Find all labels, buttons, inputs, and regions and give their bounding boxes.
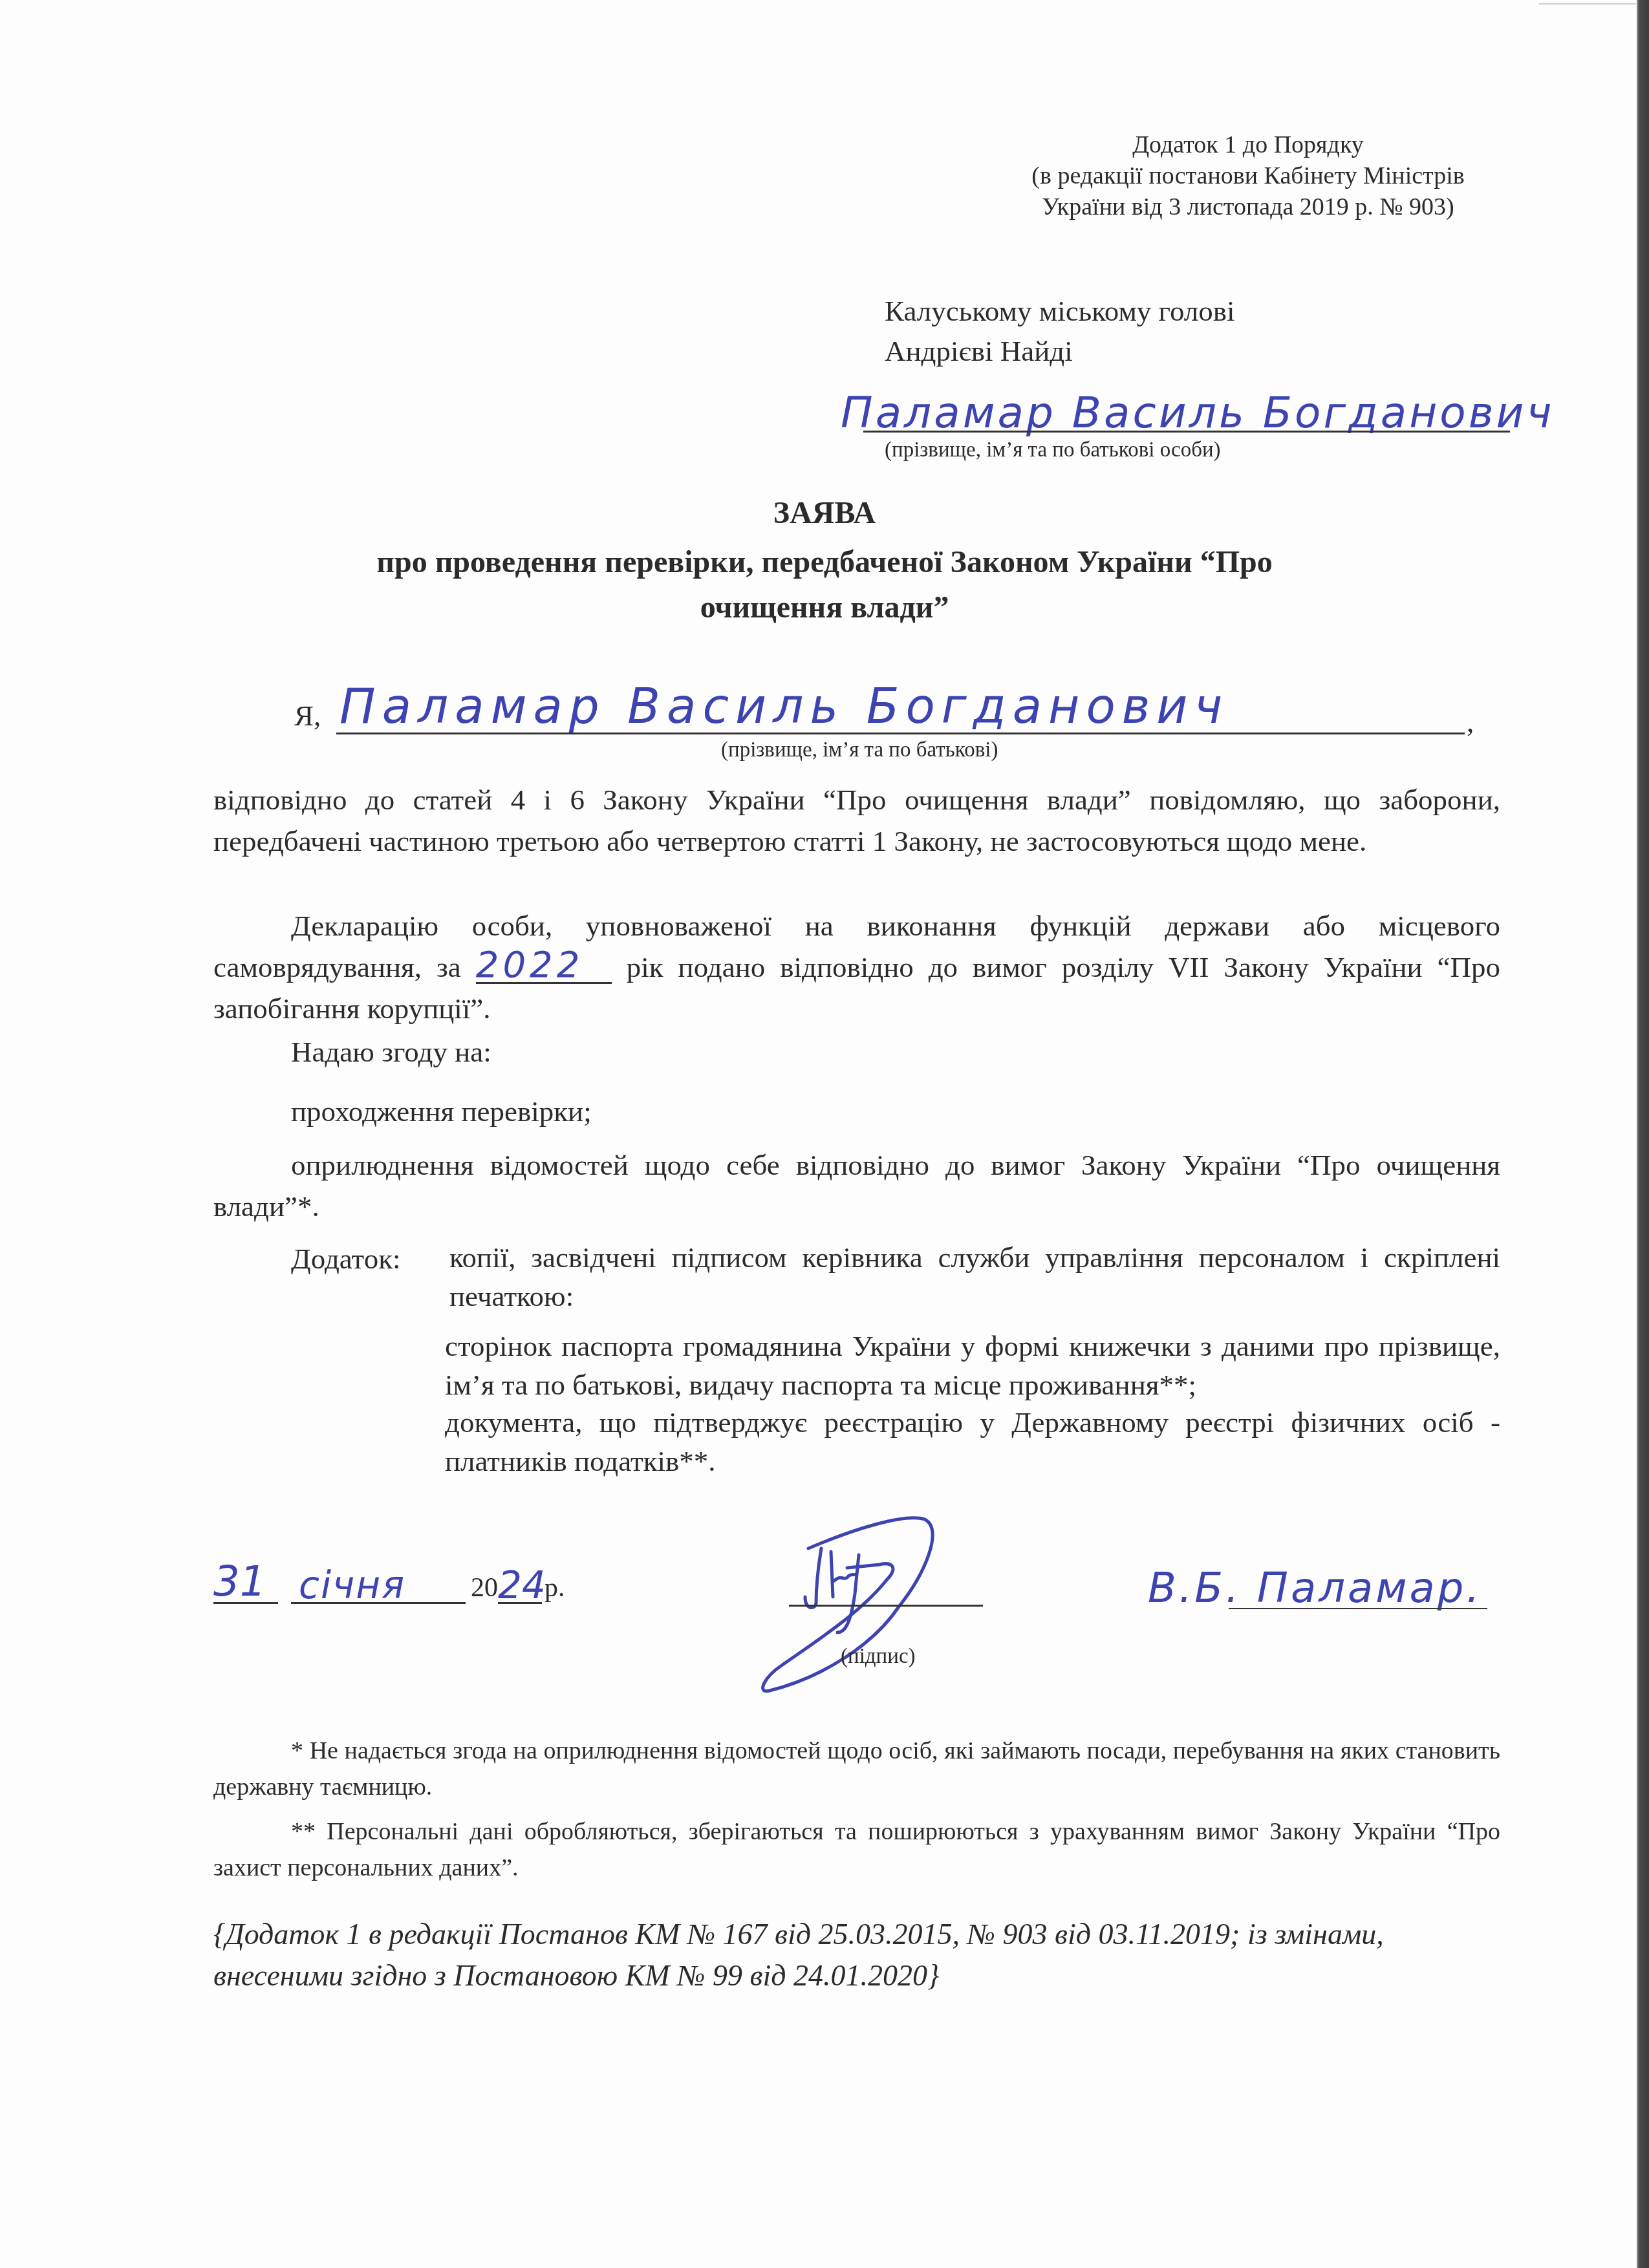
addressee-line-2: Андрієві Найді: [885, 331, 1235, 371]
signer-name-handwritten: В.Б. Паламар.: [1148, 1565, 1482, 1612]
declarant-caption: (прізвище, ім’я та по батькові): [721, 737, 998, 763]
attachment-item-copies: копії, засвідчені підписом керівника слу…: [449, 1238, 1500, 1316]
date-year-unit: р.: [544, 1571, 565, 1605]
consent-item-publication: оприлюднення відомостей щодо себе відпов…: [213, 1144, 1500, 1227]
signature-scribble: [757, 1516, 989, 1710]
attachment-item-taxpayer: документа, що підтверджує реєстрацію у Д…: [445, 1403, 1500, 1481]
applicant-name-line: [863, 431, 1510, 433]
date-year-line: [498, 1602, 542, 1604]
footnote-state-secret: * Не надається згода на оприлюднення від…: [213, 1733, 1500, 1805]
declarant-name-handwritten: Паламар Василь Богданович: [339, 679, 1229, 734]
signature-caption: (підпис): [841, 1643, 916, 1669]
scan-edge-shadow: [1637, 0, 1649, 2268]
document-title: ЗАЯВА: [194, 494, 1455, 533]
date-year-prefix: 20: [471, 1571, 498, 1605]
signer-name-line: [1229, 1608, 1487, 1609]
statement-paragraph: відповідно до статей 4 і 6 Закону Україн…: [213, 779, 1500, 862]
annex-line-2: (в редакції постанови Кабінету Міністрів: [983, 160, 1513, 191]
declarant-name-line: [336, 733, 1465, 734]
scan-artifact-line: [1539, 3, 1636, 5]
consent-item-verification: проходження перевірки;: [291, 1094, 592, 1129]
signature-line: [789, 1605, 983, 1607]
consent-heading: Надаю згоду на:: [291, 1034, 491, 1070]
addressee: Калуському міському голові Андрієві Найд…: [885, 291, 1235, 371]
amendment-line-2: внесеними згідно з Постановою КМ № 99 ві…: [213, 1955, 1513, 1996]
date-month-line: [291, 1602, 466, 1604]
attachment-item-passport: сторінок паспорта громадянина України у …: [445, 1327, 1500, 1404]
amendment-note: {Додаток 1 в редакції Постанов КМ № 167 …: [213, 1914, 1513, 1996]
attachment-label: Додаток:: [291, 1241, 401, 1277]
amendment-line-1: {Додаток 1 в редакції Постанов КМ № 167 …: [213, 1914, 1513, 1955]
declaration-year-handwritten: 2022: [476, 948, 612, 984]
footnote-personal-data: ** Персональні дані обробляються, зберіг…: [213, 1813, 1500, 1886]
document-subtitle-line-2: очищення влади”: [194, 588, 1455, 627]
date-year-suffix-handwritten: 24: [498, 1563, 546, 1607]
date-day-line: [213, 1602, 278, 1604]
annex-line-1: Додаток 1 до Порядку: [983, 129, 1513, 160]
declaration-paragraph: Декларацію особи, уповноваженої на викон…: [213, 905, 1500, 1029]
annex-line-3: України від 3 листопада 2019 р. № 903): [983, 191, 1513, 222]
declarant-prefix: Я,: [294, 698, 321, 734]
declarant-suffix: ,: [1467, 705, 1474, 740]
annex-header: Додаток 1 до Порядку (в редакції постано…: [983, 129, 1513, 222]
addressee-line-1: Калуському міському голові: [885, 291, 1235, 331]
document-subtitle-line-1: про проведення перевірки, передбаченої З…: [194, 543, 1455, 582]
applicant-caption: (прізвище, ім’я та по батькові особи): [885, 437, 1221, 463]
date-day-handwritten: 31: [213, 1558, 266, 1606]
date-month-handwritten: січня: [299, 1563, 405, 1607]
